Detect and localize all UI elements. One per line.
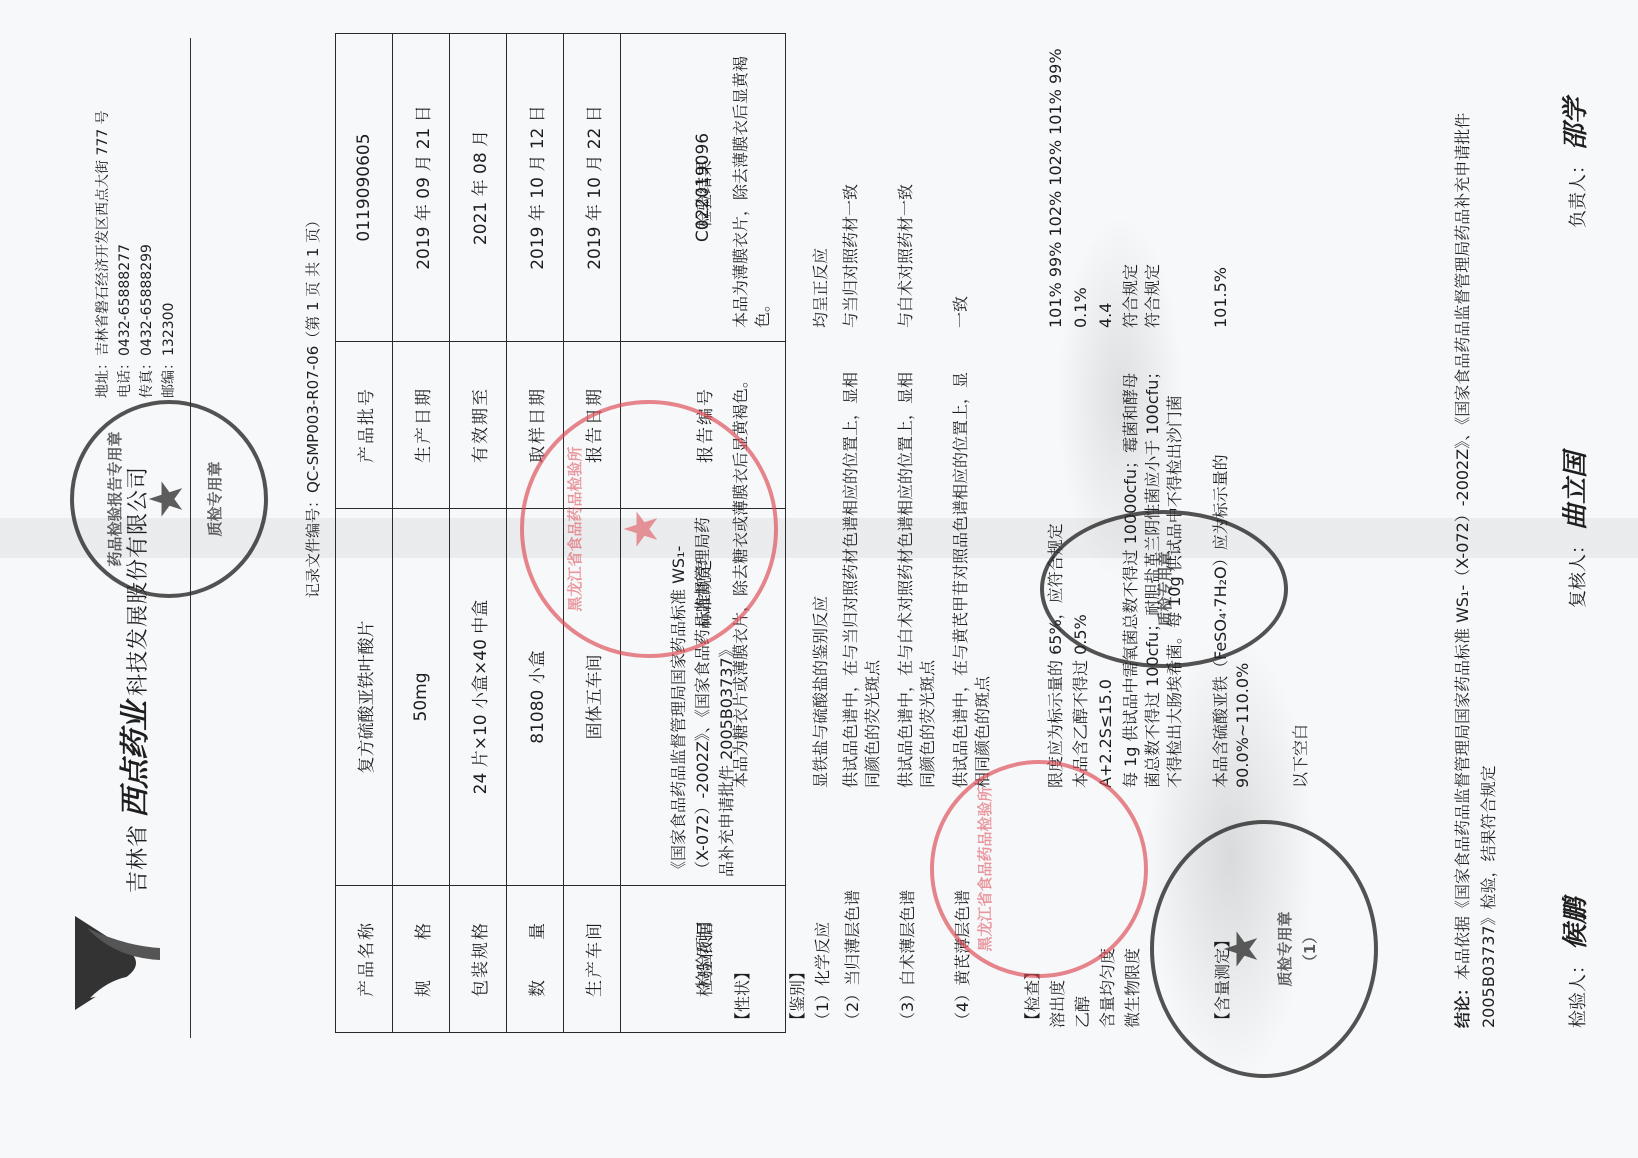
conclusion: 结论：本品依据《国家食品药品监督管理局国家药品标准 WS₁-（X-072）-20… [1450,28,1502,1028]
item-standard: 本品含硫酸亚铁（FeSO₄·7H₂O）应为标示量的 90.0%~110.0% [1210,358,1254,788]
spec: 50mg [393,509,450,886]
report-date: 2019 年 10 月 22 日 [564,34,621,342]
column-standard: 标准规定 [690,560,715,628]
item-standard: 本品为糖衣片或薄膜衣片，除去糖衣或薄膜衣后显黄褐色。 [730,358,752,788]
company-name: 吉林省西点药业科技发展股份有限公司 [110,466,154,893]
batch-number: 0119090605 [336,34,393,342]
workshop: 固体五车间 [564,509,621,886]
item-result: 符合规定 符合规定 [1120,38,1164,328]
item-standard: 供试品色谱中，在与白术对照药材色谱相应的位置上，显相同颜色的荧光斑点 [895,358,939,788]
label-product-name: 产品名称 [336,886,393,1033]
conclusion-text: 本品依据《国家食品药品监督管理局国家药品标准 WS₁-（X-072）-2002Z… [1453,113,1498,1028]
sample-date: 2019 年 10 月 12 日 [507,34,564,342]
column-result: 检验结果 [690,160,715,228]
item-item: 【性状】 [730,798,753,1028]
header-divider [190,38,191,1038]
item-standard: 显铁盐与硫酸盐的鉴别反应 [810,358,832,788]
item-item: 【检查】 [1020,798,1043,1028]
label-mfg-date: 生产日期 [393,342,450,509]
contact-block: 地址：吉林省磐石经济开发区西点大街 777 号 电话：0432-65888277… [92,110,180,398]
item-result: 均呈正反应 [810,38,832,328]
label-spec: 规 格 [393,886,450,1033]
item-item: （1）化学反应 [810,798,833,1028]
item-standard: 本品含乙醇不得过 0.5% [1070,358,1092,788]
label-report-date: 报告日期 [564,342,621,509]
address: 地址：吉林省磐石经济开发区西点大街 777 号 [92,110,114,398]
item-item: （2）当归薄层色谱 [840,798,863,1028]
fax: 传真：0432-65888299 [136,110,158,398]
item-standard: 以下空白 [1290,358,1312,788]
item-standard: 供试品色谱中，在与当归对照药材色谱相应的位置上，显相同颜色的荧光斑点 [840,358,884,788]
item-result: 101% 99% 102% 102% 101% 99% [1045,38,1067,328]
company-logo-icon [65,908,175,1018]
brand-name: 西点药业 [118,702,153,818]
phone: 电话：0432-65888277 [114,110,136,398]
reviewer-signature: 复核人：曲立国 [1555,452,1592,608]
label-expiry: 有效期至 [450,342,507,509]
item-result: 0.1% [1070,38,1092,328]
item-item: 微生物限度 [1120,798,1143,1028]
product-name: 复方硫酸亚铁叶酸片 [336,509,393,886]
item-result: 与白术对照药材一致 [895,38,917,328]
item-result: 4.4 [1095,38,1117,328]
inspection-report-sheet: 吉林省西点药业科技发展股份有限公司 地址：吉林省磐石经济开发区西点大街 777 … [0,0,1638,1158]
pack-spec: 24 片×10 小盒×40 中盒 [450,509,507,886]
item-item: 【含量测定】 [1210,798,1233,1028]
expiry-date: 2021 年 08 月 [450,34,507,342]
inspector-signature: 检验人：候鹏 [1555,898,1592,1028]
item-result: 一致 [950,38,972,328]
item-result: 本品为薄膜衣片，除去薄膜衣后显黄褐色。 [730,38,774,328]
label-sample-date: 取样日期 [507,342,564,509]
item-item: （3）白术薄层色谱 [895,798,918,1028]
product-info-table: 产品名称 复方硫酸亚铁叶酸片 产品批号 0119090605 规 格 50mg … [335,33,786,1033]
label-workshop: 生产车间 [564,886,621,1033]
item-item: 含量均匀度 [1095,798,1118,1028]
label-quantity: 数 量 [507,886,564,1033]
item-standard: A+2.2S≤15.0 [1095,358,1117,788]
label-report-no: 报告编号 [621,342,786,509]
responsible-signature: 负责人：邵学 [1555,98,1592,228]
postcode: 邮编：132300 [158,110,180,398]
item-result: 与当归对照药材一致 [840,38,862,328]
qc-stamp-bottom: ★ 质检专用章 （1） [1150,820,1378,1078]
letterhead: 吉林省西点药业科技发展股份有限公司 地址：吉林省磐石经济开发区西点大街 777 … [50,98,250,1038]
item-item: （4）黄芪薄层色谱 [950,798,973,1028]
mfg-date: 2019 年 09 月 21 日 [393,34,450,342]
item-item: 溶出度 [1045,798,1068,1028]
item-standard: 每 1g 供试品中需氧菌总数不得过 10000cfu；霉菌和酵母菌总数不得过 1… [1120,358,1186,788]
item-item: 【鉴别】 [785,798,808,1028]
record-file-number: 记录文件编号：QC-SMP003-R07-06（第 1 页 共 1 页） [302,213,323,598]
label-batch: 产品批号 [336,342,393,509]
item-standard: 供试品色谱中，在与黄芪甲苷对照品色谱相应的位置上，显相同颜色的斑点 [950,358,994,788]
column-item: 检验项目 [690,920,715,988]
quantity: 81080 小盒 [507,509,564,886]
item-item: 乙醇 [1070,798,1093,1028]
item-standard: 限度应为标示量的 65%，应符合规定 [1045,358,1067,788]
label-pack: 包装规格 [450,886,507,1033]
item-result: 101.5% [1210,38,1232,328]
